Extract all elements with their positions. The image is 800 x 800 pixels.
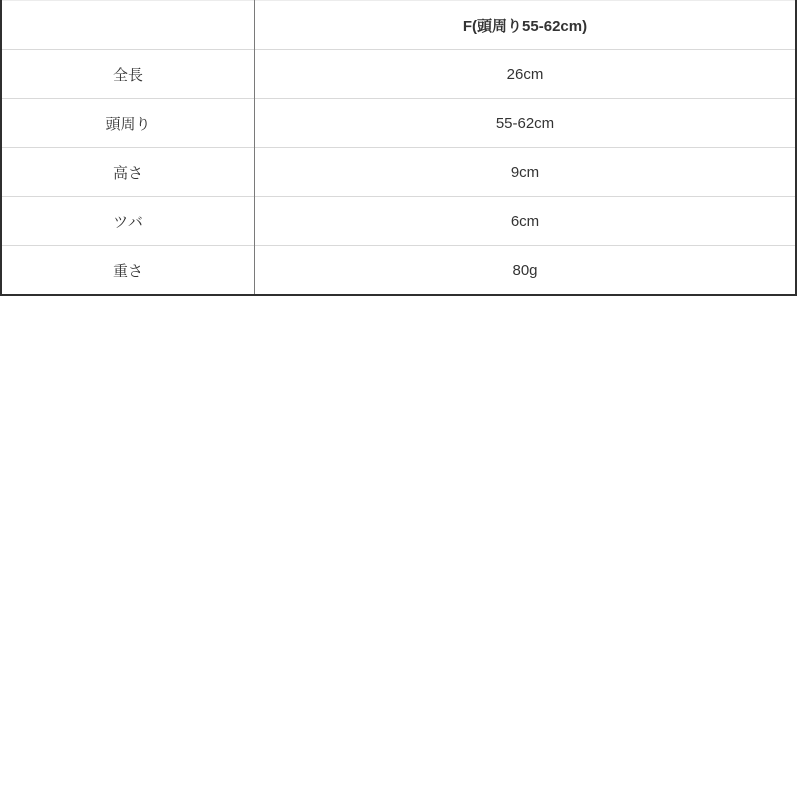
row-label: 重さ — [1, 246, 255, 296]
row-value: 6cm — [255, 197, 797, 246]
row-value: 55-62cm — [255, 99, 797, 148]
row-label: 頭周り — [1, 99, 255, 148]
table-row: 高さ 9cm — [1, 148, 796, 197]
table-header-row: F(頭周り55-62cm) — [1, 1, 796, 50]
size-chart-table: F(頭周り55-62cm) 全長 26cm 頭周り 55-62cm 高さ 9cm… — [0, 0, 797, 296]
table-row: 全長 26cm — [1, 50, 796, 99]
table-row: 頭周り 55-62cm — [1, 99, 796, 148]
row-value: 80g — [255, 246, 797, 296]
header-corner-cell — [1, 1, 255, 50]
row-label: ツバ — [1, 197, 255, 246]
table-row: 重さ 80g — [1, 246, 796, 296]
row-label: 高さ — [1, 148, 255, 197]
page-background: F(頭周り55-62cm) 全長 26cm 頭周り 55-62cm 高さ 9cm… — [0, 0, 800, 800]
row-value: 26cm — [255, 50, 797, 99]
row-value: 9cm — [255, 148, 797, 197]
table-row: ツバ 6cm — [1, 197, 796, 246]
header-size-label: F(頭周り55-62cm) — [255, 1, 797, 50]
row-label: 全長 — [1, 50, 255, 99]
